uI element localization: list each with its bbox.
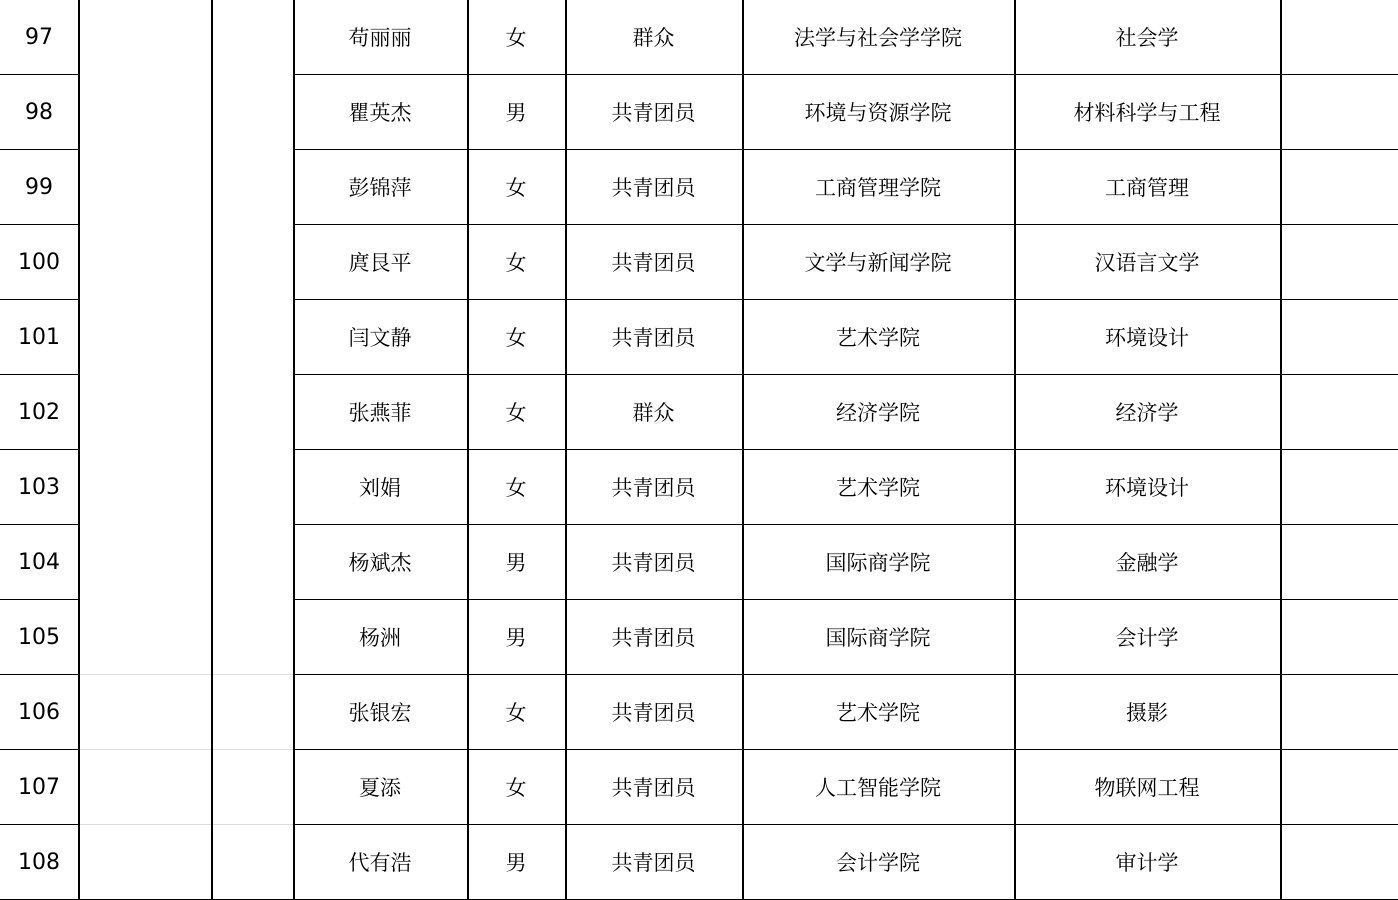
cell-political-status[interactable]: 共青团员: [565, 600, 742, 675]
cell-political-status[interactable]: 共青团员: [565, 675, 742, 750]
cell-index[interactable]: 101: [0, 300, 78, 375]
cell-political-status[interactable]: 共青团员: [565, 225, 742, 300]
column-border: [742, 0, 744, 900]
cell-gender[interactable]: 女: [467, 0, 565, 75]
cell-name[interactable]: 闫文静: [293, 300, 467, 375]
cell-remark[interactable]: [1280, 150, 1398, 225]
cell-name[interactable]: 庹艮平: [293, 225, 467, 300]
cell-remark[interactable]: [1280, 450, 1398, 525]
column-border: [293, 0, 295, 900]
cell-major[interactable]: 经济学: [1014, 375, 1280, 450]
cell-remark[interactable]: [1280, 825, 1398, 900]
cell-remark[interactable]: [1280, 525, 1398, 600]
cell-major[interactable]: 会计学: [1014, 600, 1280, 675]
cell-name[interactable]: 刘娟: [293, 450, 467, 525]
cell-gender[interactable]: 女: [467, 675, 565, 750]
cell-college[interactable]: 国际商学院: [742, 525, 1014, 600]
cell-gender[interactable]: 男: [467, 525, 565, 600]
cell-index[interactable]: 104: [0, 525, 78, 600]
cell-gender[interactable]: 女: [467, 375, 565, 450]
cell-college[interactable]: 艺术学院: [742, 300, 1014, 375]
cell-empty-col3[interactable]: [211, 675, 293, 750]
cell-college[interactable]: 人工智能学院: [742, 750, 1014, 825]
cell-empty-col2[interactable]: [78, 675, 211, 750]
cell-political-status[interactable]: 共青团员: [565, 150, 742, 225]
cell-major[interactable]: 工商管理: [1014, 150, 1280, 225]
cell-index[interactable]: 106: [0, 675, 78, 750]
cell-college[interactable]: 法学与社会学学院: [742, 0, 1014, 75]
cell-index[interactable]: 105: [0, 600, 78, 675]
cell-political-status[interactable]: 共青团员: [565, 825, 742, 900]
table-row: 107 夏添 女 共青团员 人工智能学院 物联网工程: [0, 750, 1398, 825]
cell-college[interactable]: 环境与资源学院: [742, 75, 1014, 150]
spreadsheet-table: 97 苟丽丽 女 群众 法学与社会学学院 社会学 98 瞿英杰 男 共青团员 环…: [0, 0, 1398, 900]
cell-name[interactable]: 彭锦萍: [293, 150, 467, 225]
cell-gender[interactable]: 男: [467, 825, 565, 900]
cell-remark[interactable]: [1280, 300, 1398, 375]
cell-empty-col2[interactable]: [78, 825, 211, 900]
cell-political-status[interactable]: 共青团员: [565, 75, 742, 150]
cell-index[interactable]: 108: [0, 825, 78, 900]
cell-name[interactable]: 杨斌杰: [293, 525, 467, 600]
column-border: [1280, 0, 1282, 900]
cell-political-status[interactable]: 群众: [565, 0, 742, 75]
column-border: [1014, 0, 1016, 900]
cell-political-status[interactable]: 共青团员: [565, 525, 742, 600]
cell-college[interactable]: 会计学院: [742, 825, 1014, 900]
cell-name[interactable]: 瞿英杰: [293, 75, 467, 150]
cell-name[interactable]: 代有浩: [293, 825, 467, 900]
cell-gender[interactable]: 女: [467, 450, 565, 525]
cell-index[interactable]: 100: [0, 225, 78, 300]
cell-college[interactable]: 文学与新闻学院: [742, 225, 1014, 300]
cell-remark[interactable]: [1280, 600, 1398, 675]
cell-remark[interactable]: [1280, 375, 1398, 450]
table-row: 106 张银宏 女 共青团员 艺术学院 摄影: [0, 675, 1398, 750]
table-row: 108 代有浩 男 共青团员 会计学院 审计学: [0, 825, 1398, 900]
cell-name[interactable]: 杨洲: [293, 600, 467, 675]
cell-political-status[interactable]: 群众: [565, 375, 742, 450]
cell-index[interactable]: 102: [0, 375, 78, 450]
cell-remark[interactable]: [1280, 75, 1398, 150]
cell-college[interactable]: 艺术学院: [742, 675, 1014, 750]
column-border: [78, 0, 80, 900]
cell-empty-col3[interactable]: [211, 750, 293, 825]
cell-name[interactable]: 夏添: [293, 750, 467, 825]
column-border: [467, 0, 469, 900]
cell-major[interactable]: 环境设计: [1014, 450, 1280, 525]
cell-college[interactable]: 艺术学院: [742, 450, 1014, 525]
column-border: [211, 0, 213, 900]
merged-cell-col3[interactable]: [211, 0, 293, 674]
cell-index[interactable]: 107: [0, 750, 78, 825]
cell-gender[interactable]: 女: [467, 300, 565, 375]
cell-remark[interactable]: [1280, 750, 1398, 825]
cell-gender[interactable]: 女: [467, 750, 565, 825]
cell-major[interactable]: 金融学: [1014, 525, 1280, 600]
column-border: [565, 0, 567, 900]
cell-index[interactable]: 97: [0, 0, 78, 75]
cell-political-status[interactable]: 共青团员: [565, 300, 742, 375]
cell-name[interactable]: 张银宏: [293, 675, 467, 750]
cell-remark[interactable]: [1280, 0, 1398, 75]
cell-name[interactable]: 张燕菲: [293, 375, 467, 450]
cell-college[interactable]: 工商管理学院: [742, 150, 1014, 225]
cell-political-status[interactable]: 共青团员: [565, 450, 742, 525]
cell-index[interactable]: 103: [0, 450, 78, 525]
merged-cell-col2[interactable]: [78, 0, 211, 674]
cell-college[interactable]: 国际商学院: [742, 600, 1014, 675]
cell-major[interactable]: 物联网工程: [1014, 750, 1280, 825]
cell-major[interactable]: 社会学: [1014, 0, 1280, 75]
cell-gender[interactable]: 女: [467, 225, 565, 300]
cell-empty-col2[interactable]: [78, 750, 211, 825]
cell-political-status[interactable]: 共青团员: [565, 750, 742, 825]
cell-major[interactable]: 摄影: [1014, 675, 1280, 750]
cell-index[interactable]: 99: [0, 150, 78, 225]
cell-gender[interactable]: 女: [467, 150, 565, 225]
cell-major[interactable]: 汉语言文学: [1014, 225, 1280, 300]
cell-empty-col3[interactable]: [211, 825, 293, 900]
cell-gender[interactable]: 男: [467, 75, 565, 150]
cell-major[interactable]: 审计学: [1014, 825, 1280, 900]
cell-gender[interactable]: 男: [467, 600, 565, 675]
cell-college[interactable]: 经济学院: [742, 375, 1014, 450]
cell-major[interactable]: 材料科学与工程: [1014, 75, 1280, 150]
cell-index[interactable]: 98: [0, 75, 78, 150]
cell-major[interactable]: 环境设计: [1014, 300, 1280, 375]
cell-remark[interactable]: [1280, 675, 1398, 750]
cell-name[interactable]: 苟丽丽: [293, 0, 467, 75]
cell-remark[interactable]: [1280, 225, 1398, 300]
